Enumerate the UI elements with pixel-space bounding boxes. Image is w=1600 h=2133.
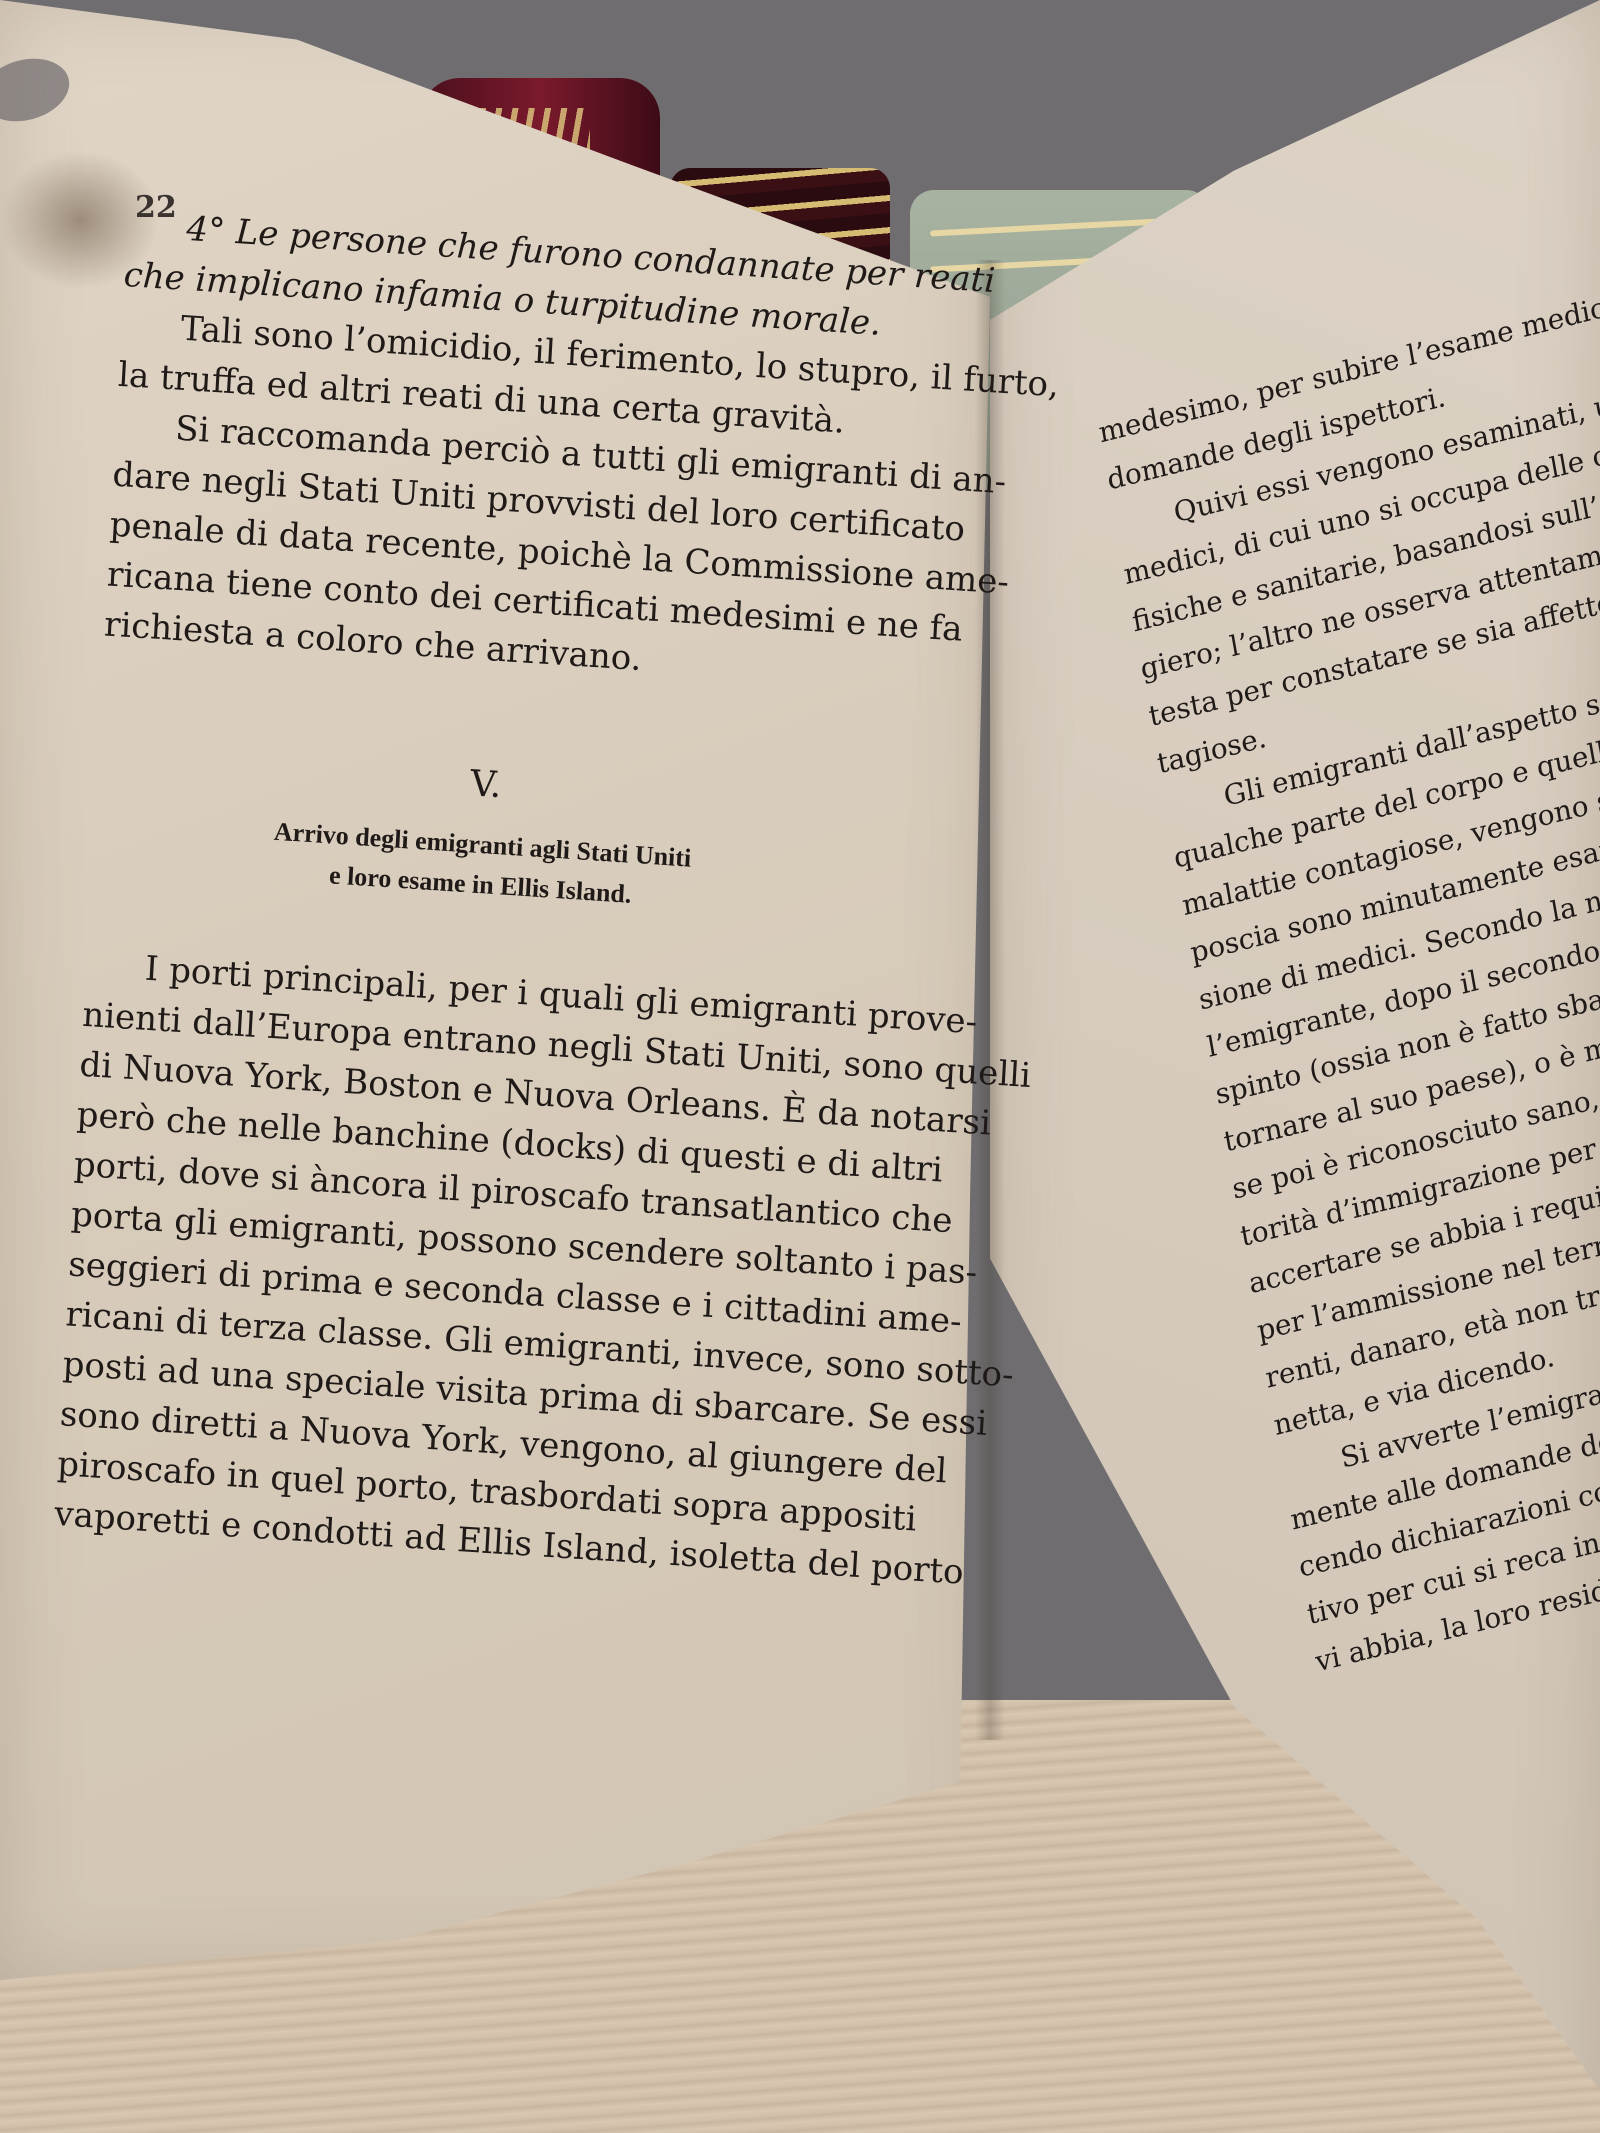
ports-paragraph: I porti principali, per i quali gli emig… bbox=[53, 940, 865, 1589]
recommendation-paragraph: Si raccomanda perciò a tutti gli emigran… bbox=[103, 400, 895, 700]
left-page-text: 4° Le persone che furono condannate per … bbox=[53, 200, 906, 1589]
thumb-tip bbox=[0, 49, 76, 130]
photo-scene: 22 4° Le persone che furono condannate p… bbox=[0, 0, 1600, 2133]
